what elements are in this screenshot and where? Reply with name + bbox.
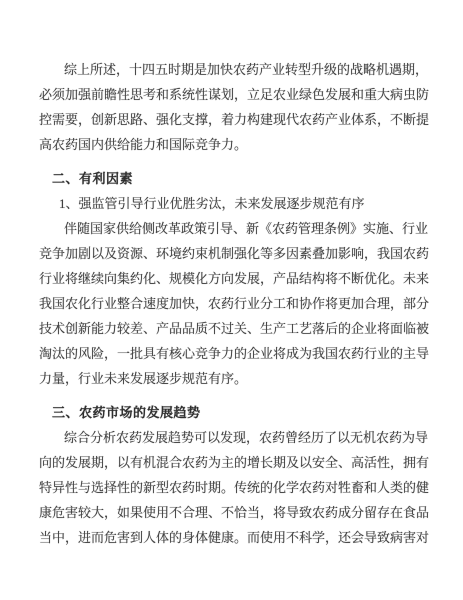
text-line: 康危害较大，如果使用不合理、不恰当，将导致农药成分留存在食品 [39,500,433,525]
text-line: 特异性与选择性的新型农药时期。传统的化学农药对牲畜和人类的健 [39,475,433,500]
text-line: 向的发展期，以有机混合农药为主的增长期及以安全、高活性，拥有 [39,450,433,475]
section-heading-favorable-factors: 二、有利因素 [39,166,433,191]
document-body: 综上所述，十四五时期是加快农药产业转型升级的战略机遇期，必须加强前瞻性思考和系统… [39,57,433,550]
text-line: 技术创新能力较差、产品品质不过关、生产工艺落后的企业将面临被 [39,316,433,341]
sub-heading-regulation: 1、强监管引导行业优胜劣汰，未来发展逐步规范有序 [39,191,433,216]
section-heading-market-trends: 三、农药市场的发展趋势 [39,400,433,425]
text-line: 综合分析农药发展趋势可以发现，农药曾经历了以无机农药为导 [39,425,433,450]
paragraph-summary: 综上所述，十四五时期是加快农药产业转型升级的战略机遇期，必须加强前瞻性思考和系统… [39,57,433,157]
text-line: 必须加强前瞻性思考和系统性谋划，立足农业绿色发展和重大病虫防 [39,82,433,107]
text-line: 高农药国内供给能力和国际竞争力。 [39,132,433,157]
text-line: 当中，进而危害到人体的身体健康。而使用不科学，还会导致病害对 [39,525,433,550]
paragraph-trend-analysis: 综合分析农药发展趋势可以发现，农药曾经历了以无机农药为导向的发展期，以有机混合农… [39,425,433,550]
text-line: 竞争加剧以及资源、环境约束机制强化等多因素叠加影响，我国农药 [39,241,433,266]
text-line: 控需要，创新思路、强化支撑，着力构建现代农药产业体系，不断提 [39,107,433,132]
text-line: 伴随国家供给侧改革政策引导、新《农药管理条例》实施、行业 [39,216,433,241]
document-page: 综上所述，十四五时期是加快农药产业转型升级的战略机遇期，必须加强前瞻性思考和系统… [0,0,463,600]
paragraph-regulation-detail: 伴随国家供给侧改革政策引导、新《农药管理条例》实施、行业竞争加剧以及资源、环境约… [39,216,433,391]
text-line: 我国农化行业整合速度加快，农药行业分工和协作将更加合理，部分 [39,291,433,316]
text-line: 行业将继续向集约化、规模化方向发展，产品结构将不断优化。未来 [39,266,433,291]
text-line: 淘汰的风险，一批具有核心竞争力的企业将成为我国农药行业的主导 [39,341,433,366]
text-line: 力量，行业未来发展逐步规范有序。 [39,366,433,391]
text-line: 综上所述，十四五时期是加快农药产业转型升级的战略机遇期， [39,57,433,82]
